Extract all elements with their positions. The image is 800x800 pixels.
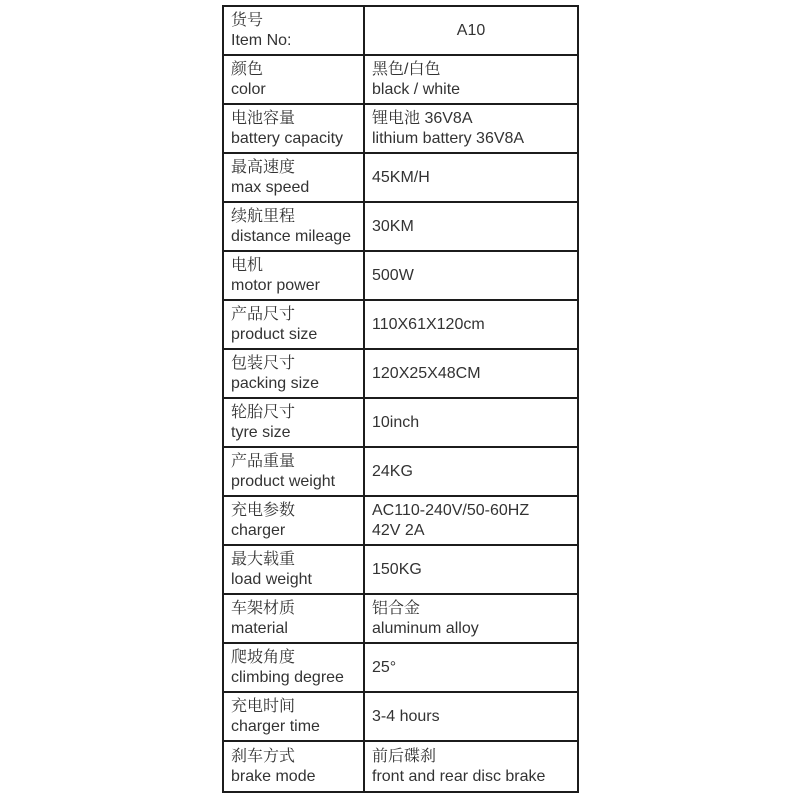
table-row: 轮胎尺寸 tyre size 10inch <box>224 399 577 448</box>
table-row: 产品重量 product weight 24KG <box>224 448 577 497</box>
spec-label-zh: 最大载重 <box>231 550 363 570</box>
spec-label-zh: 包装尺寸 <box>231 354 363 374</box>
spec-value-line-1: 铝合金 <box>372 599 577 619</box>
spec-label-cell: 电机 motor power <box>224 252 365 299</box>
spec-value-line-1: 150KG <box>372 560 577 580</box>
spec-label-en: product size <box>231 325 363 345</box>
spec-value-line-1: 锂电池 36V8A <box>372 109 577 129</box>
spec-label-cell: 最大载重 load weight <box>224 546 365 593</box>
spec-value-cell: 120X25X48CM <box>365 350 577 397</box>
spec-label-en: motor power <box>231 276 363 296</box>
spec-label-cell: 刹车方式 brake mode <box>224 742 365 791</box>
spec-value-line-1: 24KG <box>372 462 577 482</box>
spec-label-zh: 最高速度 <box>231 158 363 178</box>
table-row: 最大载重 load weight 150KG <box>224 546 577 595</box>
spec-label-en: distance mileage <box>231 227 363 247</box>
spec-value-line-1: 前后碟刹 <box>372 747 577 767</box>
spec-label-zh: 充电参数 <box>231 501 363 521</box>
spec-value-line-1: AC110-240V/50-60HZ <box>372 501 577 521</box>
table-row: 电池容量 battery capacity 锂电池 36V8A lithium … <box>224 105 577 154</box>
spec-label-zh: 爬坡角度 <box>231 648 363 668</box>
spec-value-cell: 铝合金 aluminum alloy <box>365 595 577 642</box>
spec-value-cell: 黑色/白色 black / white <box>365 56 577 103</box>
spec-label-en: material <box>231 619 363 639</box>
spec-label-en: battery capacity <box>231 129 363 149</box>
spec-label-zh: 续航里程 <box>231 207 363 227</box>
spec-label-cell: 最高速度 max speed <box>224 154 365 201</box>
spec-label-zh: 电机 <box>231 256 363 276</box>
table-row: 最高速度 max speed 45KM/H <box>224 154 577 203</box>
spec-value-line-1: 黑色/白色 <box>372 60 577 80</box>
spec-value-cell: 25° <box>365 644 577 691</box>
spec-label-cell: 产品重量 product weight <box>224 448 365 495</box>
spec-table: 货号 Item No: A10 颜色 color 黑色/白色 black / w… <box>222 5 579 793</box>
spec-value-line-1: 500W <box>372 266 577 286</box>
spec-value-line-2: 42V 2A <box>372 521 577 541</box>
table-row: 充电时间 charger time 3-4 hours <box>224 693 577 742</box>
spec-value-line-1: 110X61X120cm <box>372 315 577 335</box>
spec-value-cell: 45KM/H <box>365 154 577 201</box>
spec-label-cell: 续航里程 distance mileage <box>224 203 365 250</box>
spec-label-zh: 刹车方式 <box>231 747 363 767</box>
table-row: 颜色 color 黑色/白色 black / white <box>224 56 577 105</box>
spec-label-zh: 货号 <box>231 11 363 31</box>
spec-value-line-2: front and rear disc brake <box>372 767 577 787</box>
spec-value-line-2: black / white <box>372 80 577 100</box>
spec-label-en: packing size <box>231 374 363 394</box>
spec-label-en: tyre size <box>231 423 363 443</box>
spec-value-cell: 10inch <box>365 399 577 446</box>
table-row: 爬坡角度 climbing degree 25° <box>224 644 577 693</box>
table-row: 刹车方式 brake mode 前后碟刹 front and rear disc… <box>224 742 577 791</box>
spec-label-zh: 产品尺寸 <box>231 305 363 325</box>
spec-value-cell: 24KG <box>365 448 577 495</box>
spec-label-zh: 颜色 <box>231 60 363 80</box>
spec-value-cell: A10 <box>365 7 577 54</box>
spec-value-line-1: 45KM/H <box>372 168 577 188</box>
spec-label-cell: 颜色 color <box>224 56 365 103</box>
spec-label-cell: 产品尺寸 product size <box>224 301 365 348</box>
spec-value-line-2: lithium battery 36V8A <box>372 129 577 149</box>
spec-label-en: max speed <box>231 178 363 198</box>
spec-label-en: charger <box>231 521 363 541</box>
spec-value-line-1: A10 <box>457 21 485 41</box>
spec-label-cell: 货号 Item No: <box>224 7 365 54</box>
spec-value-cell: 30KM <box>365 203 577 250</box>
spec-label-en: charger time <box>231 717 363 737</box>
spec-label-en: load weight <box>231 570 363 590</box>
table-row: 充电参数 charger AC110-240V/50-60HZ 42V 2A <box>224 497 577 546</box>
page: 货号 Item No: A10 颜色 color 黑色/白色 black / w… <box>0 0 800 800</box>
spec-value-line-1: 10inch <box>372 413 577 433</box>
spec-label-zh: 车架材质 <box>231 599 363 619</box>
spec-label-cell: 轮胎尺寸 tyre size <box>224 399 365 446</box>
spec-label-en: product weight <box>231 472 363 492</box>
table-row: 包装尺寸 packing size 120X25X48CM <box>224 350 577 399</box>
spec-value-line-1: 3-4 hours <box>372 707 577 727</box>
table-row: 续航里程 distance mileage 30KM <box>224 203 577 252</box>
spec-value-cell: 110X61X120cm <box>365 301 577 348</box>
spec-label-en: climbing degree <box>231 668 363 688</box>
spec-value-cell: 前后碟刹 front and rear disc brake <box>365 742 577 791</box>
spec-value-line-1: 120X25X48CM <box>372 364 577 384</box>
spec-value-cell: 锂电池 36V8A lithium battery 36V8A <box>365 105 577 152</box>
spec-label-cell: 充电参数 charger <box>224 497 365 544</box>
spec-label-cell: 爬坡角度 climbing degree <box>224 644 365 691</box>
spec-value-cell: 3-4 hours <box>365 693 577 740</box>
table-row: 产品尺寸 product size 110X61X120cm <box>224 301 577 350</box>
spec-label-cell: 车架材质 material <box>224 595 365 642</box>
spec-label-zh: 轮胎尺寸 <box>231 403 363 423</box>
spec-label-zh: 电池容量 <box>231 109 363 129</box>
spec-value-line-2: aluminum alloy <box>372 619 577 639</box>
spec-value-cell: AC110-240V/50-60HZ 42V 2A <box>365 497 577 544</box>
spec-label-en: Item No: <box>231 31 363 51</box>
spec-value-cell: 150KG <box>365 546 577 593</box>
spec-value-line-1: 30KM <box>372 217 577 237</box>
spec-label-cell: 电池容量 battery capacity <box>224 105 365 152</box>
spec-value-line-1: 25° <box>372 658 577 678</box>
spec-value-cell: 500W <box>365 252 577 299</box>
spec-label-en: brake mode <box>231 767 363 787</box>
spec-label-zh: 产品重量 <box>231 452 363 472</box>
table-row: 电机 motor power 500W <box>224 252 577 301</box>
table-row: 车架材质 material 铝合金 aluminum alloy <box>224 595 577 644</box>
table-row: 货号 Item No: A10 <box>224 7 577 56</box>
spec-label-zh: 充电时间 <box>231 697 363 717</box>
spec-label-en: color <box>231 80 363 100</box>
spec-label-cell: 包装尺寸 packing size <box>224 350 365 397</box>
spec-label-cell: 充电时间 charger time <box>224 693 365 740</box>
